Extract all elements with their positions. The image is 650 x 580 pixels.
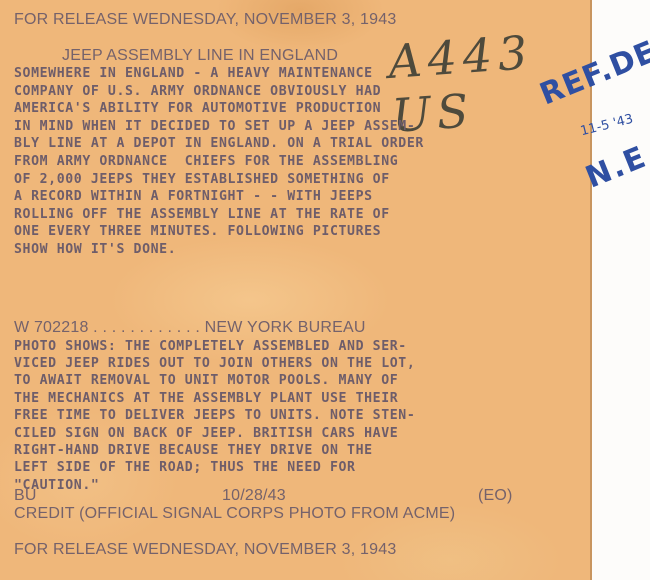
story-line: BLY LINE AT A DEPOT IN ENGLAND. ON A TRI… — [14, 136, 424, 151]
caption-line: TO AWAIT REMOVAL TO UNIT MOTOR POOLS. MA… — [14, 373, 398, 388]
caption-first-line: PHOTO SHOWS: THE COMPLETELY ASSEMBLED AN… — [14, 339, 407, 354]
release-header: FOR RELEASE WEDNESDAY, NOVEMBER 3, 1943 — [14, 12, 396, 27]
story-line: OF 2,000 JEEPS THEY ESTABLISHED SOMETHIN… — [14, 172, 390, 187]
credit-line: CREDIT (OFFICIAL SIGNAL CORPS PHOTO FROM… — [14, 506, 455, 521]
headline: JEEP ASSEMBLY LINE IN ENGLAND — [62, 48, 338, 63]
story-line: IN MIND WHEN IT DECIDED TO SET UP A JEEP… — [14, 119, 415, 134]
operator-code: (EO) — [478, 488, 513, 503]
caption-line: FREE TIME TO DELIVER JEEPS TO UNITS. NOT… — [14, 408, 415, 423]
story-line: ONE EVERY THREE MINUTES. FOLLOWING PICTU… — [14, 224, 381, 239]
story-line: COMPANY OF U.S. ARMY ORDNANCE OBVIOUSLY … — [14, 84, 381, 99]
caption-line: THE MECHANICS AT THE ASSEMBLY PLANT USE … — [14, 391, 398, 406]
story-line: A RECORD WITHIN A FORTNIGHT - - WITH JEE… — [14, 189, 373, 204]
date: 10/28/43 — [222, 488, 286, 503]
photo-id-line: W 702218 . . . . . . . . . . . . NEW YOR… — [14, 320, 366, 335]
story-line: SOMEWHERE IN ENGLAND - A HEAVY MAINTENAN… — [14, 66, 373, 81]
release-footer: FOR RELEASE WEDNESDAY, NOVEMBER 3, 1943 — [14, 542, 396, 557]
story-line: SHOW HOW IT'S DONE. — [14, 242, 176, 257]
story-line: ROLLING OFF THE ASSEMBLY LINE AT THE RAT… — [14, 207, 390, 222]
story-line: AMERICA'S ABILITY FOR AUTOMOTIVE PRODUCT… — [14, 101, 381, 116]
caption-line: LEFT SIDE OF THE ROAD; THUS THE NEED FOR — [14, 460, 356, 475]
caption-line: VICED JEEP RIDES OUT TO JOIN OTHERS ON T… — [14, 356, 415, 371]
caption-line: RIGHT-HAND DRIVE BECAUSE THEY DRIVE ON T… — [14, 443, 373, 458]
bureau-code: BU — [14, 488, 37, 503]
story-line: FROM ARMY ORDNANCE CHIEFS FOR THE ASSEMB… — [14, 154, 398, 169]
press-photo-caption-sheet: FOR RELEASE WEDNESDAY, NOVEMBER 3, 1943 … — [0, 0, 592, 580]
caption-line: CILED SIGN ON BACK OF JEEP. BRITISH CARS… — [14, 426, 398, 441]
